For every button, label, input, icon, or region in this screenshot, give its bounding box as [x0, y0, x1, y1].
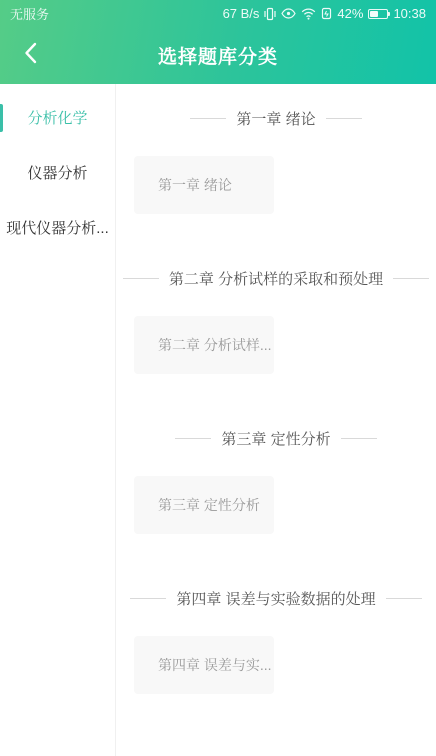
back-button[interactable] — [6, 27, 54, 84]
dash-line-right — [393, 278, 429, 279]
battery-level-fill — [370, 11, 378, 17]
sidebar-item-label: 分析化学 — [27, 107, 87, 128]
category-sidebar: 分析化学 仪器分析 现代仪器分析... — [0, 84, 116, 756]
dash-line-right — [326, 118, 362, 119]
section-heading: 第三章 定性分析 — [116, 428, 436, 449]
section-heading-label: 第一章 绪论 — [236, 108, 315, 129]
clock-label: 10:38 — [393, 6, 426, 21]
network-speed-label: 67 B/s — [223, 6, 260, 21]
chapter-card-label: 第四章 误差与实... — [158, 655, 272, 675]
page-title: 选择题库分类 — [0, 42, 436, 69]
section-heading-label: 第三章 定性分析 — [221, 428, 330, 449]
selected-indicator-bar — [0, 104, 3, 132]
chapter-card-label: 第二章 分析试样... — [158, 335, 272, 355]
chapter-card-label: 第三章 定性分析 — [158, 495, 260, 515]
section-heading: 第二章 分析试样的采取和预处理 — [116, 268, 436, 289]
dash-line-right — [386, 598, 422, 599]
sidebar-item-modern-instrumental-analysis[interactable]: 现代仪器分析... — [0, 200, 115, 255]
section-heading: 第四章 误差与实验数据的处理 — [116, 588, 436, 609]
chapter-card[interactable]: 第三章 定性分析 — [134, 476, 274, 534]
page-body: 分析化学 仪器分析 现代仪器分析... 第一章 绪论 第一章 绪论 — [0, 84, 436, 756]
dash-line-left — [190, 118, 226, 119]
carrier-label: 无服务 — [10, 4, 49, 23]
chapter-card[interactable]: 第二章 分析试样... — [134, 316, 274, 374]
chapter-section-3: 第三章 定性分析 第三章 定性分析 — [116, 428, 436, 534]
eye-protection-icon — [281, 8, 296, 19]
chapter-list: 第一章 绪论 第一章 绪论 第二章 分析试样的采取和预处理 第二章 分析试样..… — [116, 84, 436, 756]
app-screen: 无服务 67 B/s — [0, 0, 436, 756]
dash-line-left — [130, 598, 166, 599]
sidebar-item-label: 现代仪器分析... — [6, 217, 109, 238]
battery-nub — [388, 12, 390, 16]
dash-line-left — [123, 278, 159, 279]
chapter-section-2: 第二章 分析试样的采取和预处理 第二章 分析试样... — [116, 268, 436, 374]
dash-line-right — [341, 438, 377, 439]
chapter-section-1: 第一章 绪论 第一章 绪论 — [116, 108, 436, 214]
section-heading-label: 第四章 误差与实验数据的处理 — [176, 588, 375, 609]
vibrate-icon — [264, 7, 276, 21]
power-saving-icon — [321, 7, 332, 20]
top-gradient-area: 无服务 67 B/s — [0, 0, 436, 84]
battery-percent-label: 42% — [337, 6, 363, 21]
chapter-card-label: 第一章 绪论 — [158, 175, 232, 195]
chapter-card[interactable]: 第一章 绪论 — [134, 156, 274, 214]
chapter-section-4: 第四章 误差与实验数据的处理 第四章 误差与实... — [116, 588, 436, 694]
section-heading-label: 第二章 分析试样的采取和预处理 — [169, 268, 383, 289]
status-bar: 无服务 67 B/s — [0, 0, 436, 27]
section-heading: 第一章 绪论 — [116, 108, 436, 129]
sidebar-item-instrumental-analysis[interactable]: 仪器分析 — [0, 145, 115, 200]
statusbar-right-cluster: 67 B/s — [223, 6, 426, 21]
battery-icon — [368, 9, 388, 19]
sidebar-item-analytical-chemistry[interactable]: 分析化学 — [0, 90, 115, 145]
wifi-icon — [301, 8, 316, 20]
sidebar-item-label: 仪器分析 — [27, 162, 87, 183]
dash-line-left — [175, 438, 211, 439]
chevron-left-icon — [24, 42, 37, 69]
chapter-card[interactable]: 第四章 误差与实... — [134, 636, 274, 694]
nav-header: 选择题库分类 — [0, 27, 436, 84]
